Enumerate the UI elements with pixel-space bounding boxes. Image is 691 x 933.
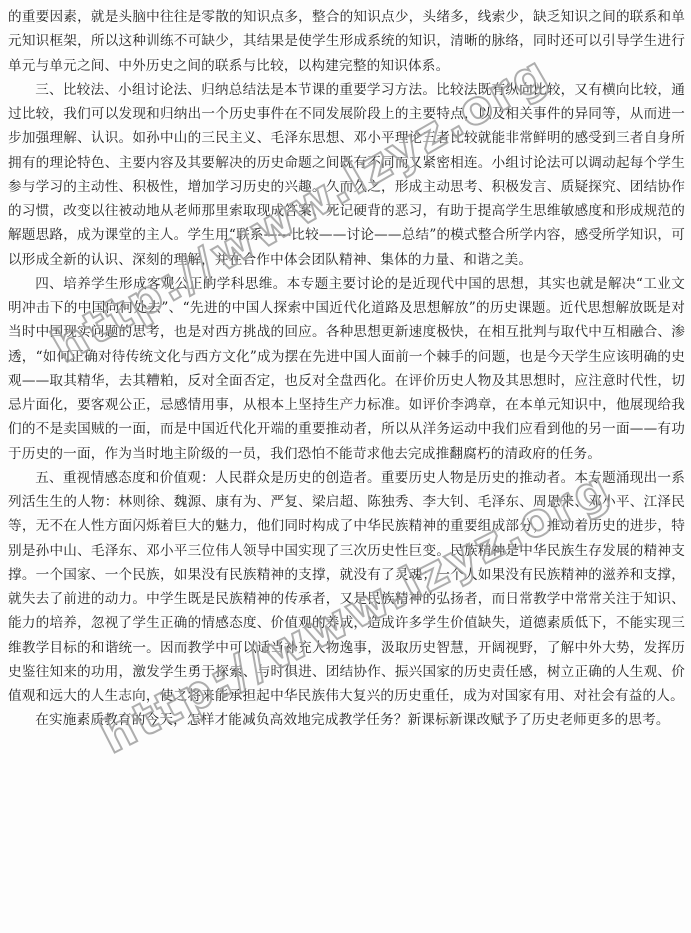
document-body: 的重要因素，就是头脑中往往是零散的知识点多，整合的知识点少，头绪多，线索少，缺乏… <box>8 5 685 733</box>
paragraph-closing-remark: 在实施素质教育的今天，怎样才能减负高效地完成教学任务？新课标新课改赋予了历史老师… <box>8 708 685 732</box>
paragraph-continuation: 的重要因素，就是头脑中往往是零散的知识点多，整合的知识点少，头绪多，线索少，缺乏… <box>8 5 685 78</box>
paragraph-section-four-objective-thinking: 四、培养学生形成客观公正的学科思维。本专题主要讨论的是近现代中国的思想，其实也就… <box>8 272 685 466</box>
paragraph-section-three-study-methods: 三、比较法、小组讨论法、归纳总结法是本节课的重要学习方法。比较法既有纵向比较，又… <box>8 78 685 272</box>
paragraph-section-five-values-attitude: 五、重视情感态度和价值观：人民群众是历史的创造者。重要历史人物是历史的推动者。本… <box>8 466 685 709</box>
document-page: http://www.lzyz.org http://www.lzyz.org … <box>0 0 691 933</box>
